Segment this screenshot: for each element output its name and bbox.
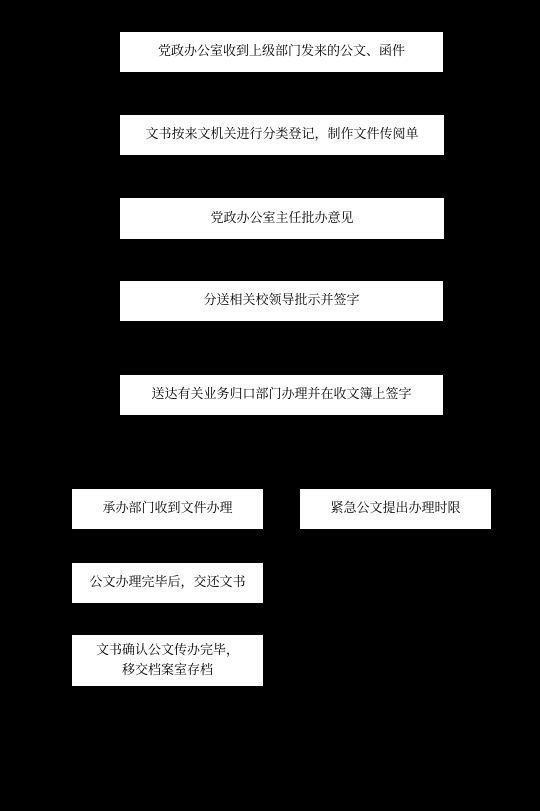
node-register-documents: 文书按来文机关进行分类登记，制作文件传阅单 (120, 115, 444, 155)
node-archive: 文书确认公文传办完毕， 移交档案室存档 (72, 635, 263, 686)
node-label: 党政办公室收到上级部门发来的公文、函件 (158, 42, 405, 62)
node-label: 党政办公室主任批办意见 (210, 209, 353, 229)
node-label: 送达有关业务归口部门办理并在收文簿上签字 (151, 385, 411, 405)
node-deliver-to-department: 送达有关业务归口部门办理并在收文簿上签字 (120, 375, 443, 415)
node-receive-documents: 党政办公室收到上级部门发来的公文、函件 (120, 32, 443, 72)
node-urgent-deadline: 紧急公文提出办理时限 (300, 489, 491, 529)
node-label: 承办部门收到文件办理 (102, 499, 232, 519)
node-return-to-clerk: 公文办理完毕后，交还文书 (72, 563, 263, 603)
node-label: 文书按来文机关进行分类登记，制作文件传阅单 (145, 125, 418, 145)
node-department-handling: 承办部门收到文件办理 (72, 489, 263, 529)
node-label: 文书确认公文传办完毕， 移交档案室存档 (96, 641, 239, 681)
node-leader-approval: 分送相关校领导批示并签字 (120, 281, 443, 321)
node-label: 分送相关校领导批示并签字 (203, 291, 359, 311)
node-label: 紧急公文提出办理时限 (330, 499, 460, 519)
flowchart-canvas: 党政办公室收到上级部门发来的公文、函件 文书按来文机关进行分类登记，制作文件传阅… (0, 0, 540, 811)
node-label: 公文办理完毕后，交还文书 (89, 573, 245, 593)
node-director-opinion: 党政办公室主任批办意见 (120, 198, 444, 239)
